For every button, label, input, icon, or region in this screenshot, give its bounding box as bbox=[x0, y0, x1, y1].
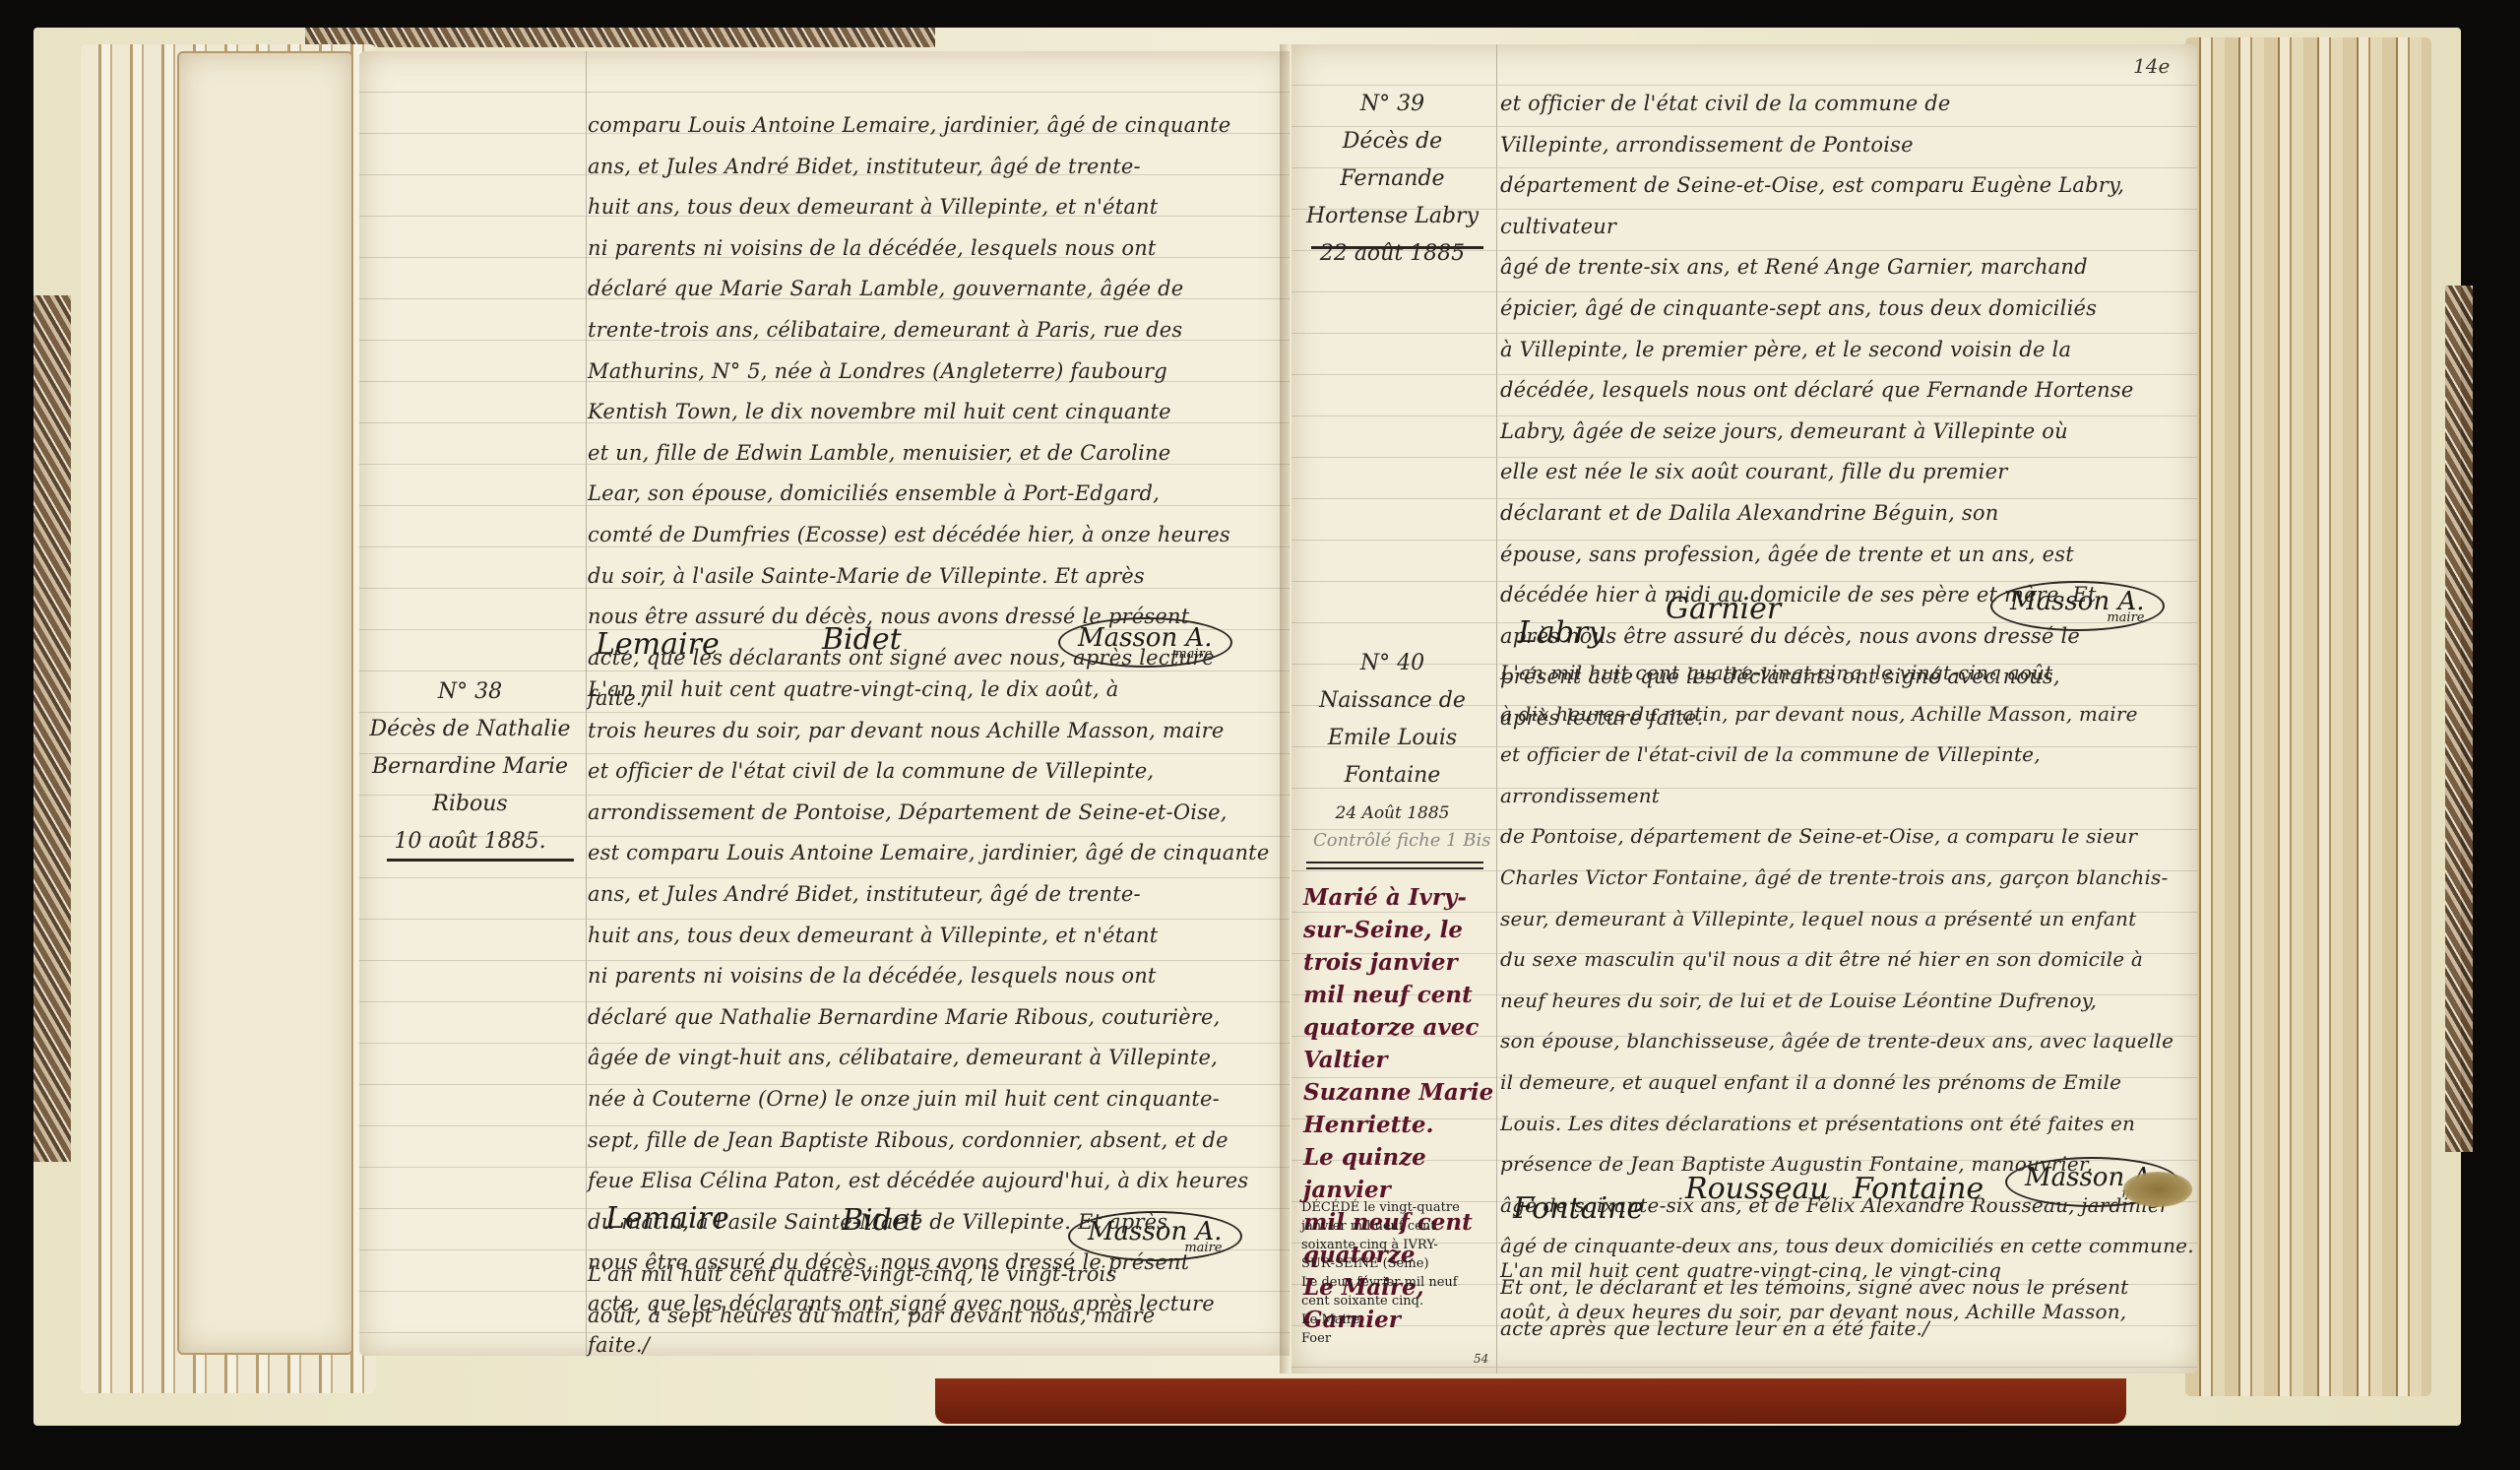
entry-38-margin-heading: N° 38 Décès de Nathalie Bernardine Marie… bbox=[359, 673, 581, 861]
entry-39-margin-heading: N° 39 Décès de Fernande Hortense Labry 2… bbox=[1291, 86, 1493, 273]
margin-line: Ribous bbox=[359, 786, 581, 823]
signature-garnier: Garnier bbox=[1666, 592, 1781, 626]
entry-separator bbox=[1311, 246, 1483, 249]
red-binding-spine bbox=[935, 1378, 2126, 1424]
right-page: 14e N° 39 Décès de Fernande Hortense Lab… bbox=[1291, 44, 2197, 1374]
page-number: 14e bbox=[2133, 54, 2170, 78]
marbled-endpaper-top bbox=[305, 28, 935, 47]
page-stack-right bbox=[2185, 37, 2431, 1396]
margin-rule bbox=[1496, 44, 1497, 1374]
entry-date: 10 août 1885. bbox=[359, 823, 581, 861]
signature-labry: Labry bbox=[1518, 615, 1605, 650]
marbled-endpaper-left bbox=[33, 295, 71, 1162]
margin-line: Décès de Fernande bbox=[1291, 123, 1493, 198]
signature-mayor-masson: Masson A. maire bbox=[1990, 581, 2165, 631]
entry-separator bbox=[1306, 862, 1483, 863]
margin-line: Décès de Nathalie bbox=[359, 711, 581, 748]
entry-number: N° 40 bbox=[1291, 645, 1493, 682]
entry-date: 24 Août 1885 bbox=[1291, 795, 1493, 832]
wax-stain bbox=[2123, 1172, 2192, 1207]
entry-number: N° 38 bbox=[359, 673, 581, 711]
signature-rousseau: Rousseau bbox=[1685, 1172, 1829, 1206]
entry-39-start-text: L'an mil huit cent quatre-vingt-cinq, le… bbox=[588, 1254, 1277, 1336]
small-number: 54 bbox=[1474, 1352, 1488, 1366]
entry-separator bbox=[1306, 867, 1483, 869]
entry-number: N° 39 bbox=[1291, 86, 1493, 123]
entry-date: 22 août 1885 bbox=[1291, 235, 1493, 273]
margin-line: Naissance de bbox=[1291, 682, 1493, 720]
blank-flyleaf bbox=[177, 51, 353, 1355]
control-stamp: Contrôlé fiche 1 Bis bbox=[1313, 830, 1490, 851]
death-annotation: DÉCÉDÉ le vingt-quatre janvier mil neuf … bbox=[1301, 1198, 1493, 1348]
entry-separator bbox=[387, 859, 574, 862]
margin-line: Hortense Labry bbox=[1291, 198, 1493, 235]
signature-bidet: Bidet bbox=[822, 622, 902, 657]
signature-fontaine-witness: Fontaine bbox=[1853, 1172, 1984, 1206]
signature-lemaire: Lemaire bbox=[605, 1201, 729, 1236]
signature-lemaire: Lemaire bbox=[596, 627, 720, 662]
signature-bidet: Bidet bbox=[842, 1203, 921, 1238]
entry-41-start-text: L'an mil huit cent quatre-vingt-cinq, le… bbox=[1500, 1250, 2189, 1332]
marbled-endpaper-right bbox=[2445, 286, 2473, 1152]
margin-rule bbox=[586, 51, 587, 1356]
margin-line: Emile Louis bbox=[1291, 720, 1493, 757]
margin-line: Fontaine bbox=[1291, 757, 1493, 795]
entry-40-text: L'an mil huit cent quatre-vingt-cinq, le… bbox=[1500, 653, 2194, 1349]
left-page: comparu Louis Antoine Lemaire, jardinier… bbox=[359, 51, 1290, 1356]
margin-line: Bernardine Marie bbox=[359, 748, 581, 786]
entry-40-margin-heading: N° 40 Naissance de Emile Louis Fontaine … bbox=[1291, 645, 1493, 832]
signature-mayor-masson: Masson A. maire bbox=[1058, 617, 1232, 668]
signature-fontaine-declarant: Fontaine bbox=[1513, 1191, 1644, 1226]
